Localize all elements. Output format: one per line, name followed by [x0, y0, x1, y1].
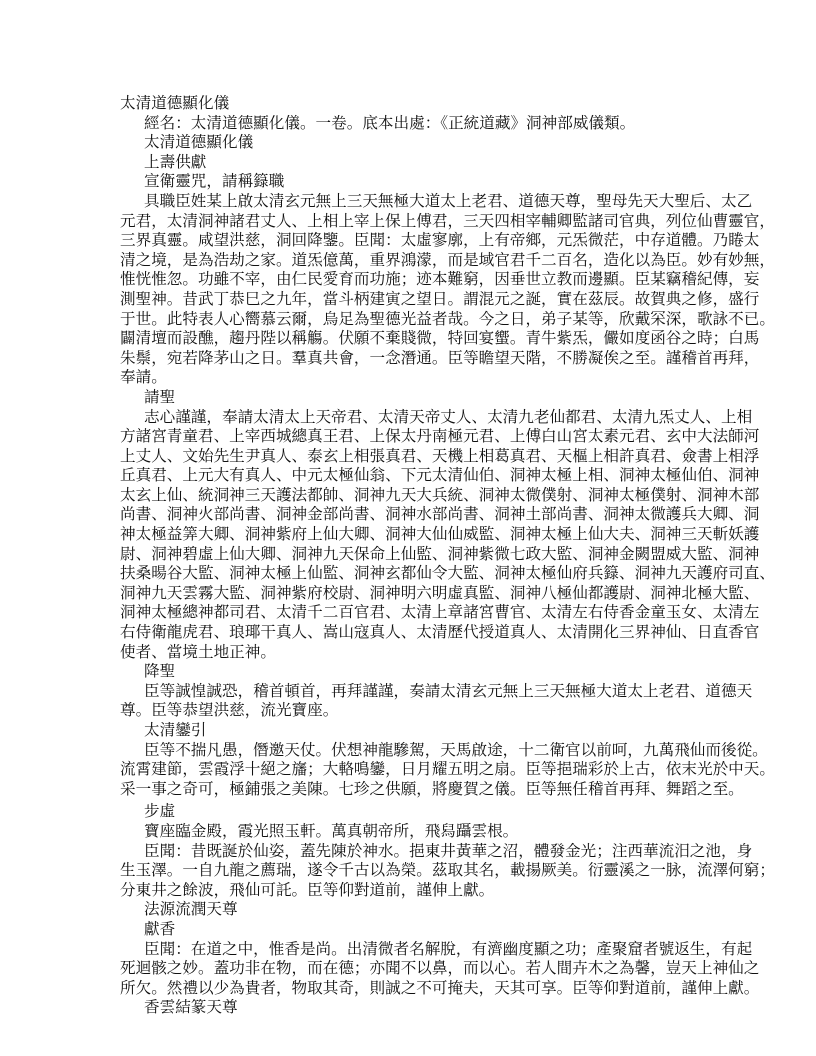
text-line: 測聖神。昔武丁恭巳之九年，當斗柄建寅之望日。謂混元之誕，實在茲辰。故賀典之修，盛… — [120, 290, 700, 310]
text-line: 洞神太極總神都司君、太清千二百官君、太清上章諸宮曹官、太清左右侍香金童玉女、太清… — [120, 603, 700, 623]
section-heading: 香雲結篆天尊 — [120, 998, 700, 1018]
section-subheading: 宣衛靈咒，請稱籙職 — [120, 172, 700, 192]
section-body: 臣等誠惶誠恐，稽首頓首，再拜謹謹，奏請太清玄元無上三天無極大道太上老君、道德天 … — [120, 682, 700, 721]
text-line: 于世。此特表人心嚮慕云爾，烏足為聖德光益者哉。今之日，弟子某等，欣戴罙深，歌詠不… — [120, 310, 700, 330]
text-line: 采一事之奇可，極鋪張之美陳。七珍之供願，將慶賀之儀。臣等無任稽首再拜、舞蹈之至。 — [120, 780, 700, 800]
text-line: 尚書、洞神火部尚書、洞神金部尚書、洞神水部尚書、洞神土部尚書、洞神太微護兵大卿、… — [120, 505, 700, 525]
text-line: 右侍衛龍虎君、琅瑘干真人、嵩山寇真人、太清歷代授道真人、太清開化三界神仙、日直香… — [120, 623, 700, 643]
section-body: 臣聞：在道之中，惟香是尚。出清微者名解脫，有濟幽度顯之功；產聚窟者號返生，有起 … — [120, 940, 700, 999]
section-heading: 太清鑾引 — [120, 721, 700, 741]
text-line: 惟恍惟忽。功雖不宰，由仁民愛育而功施；迹本難窮，因垂世立教而邊顯。臣某竊稽紀傳，… — [120, 270, 700, 290]
verse-line: 寶座臨金殿，霞光照玉軒。萬真朝帝所，飛舄躡雲根。 — [120, 822, 700, 842]
section-heading: 降聖 — [120, 662, 700, 682]
document-title: 太清道德顯化儀 — [120, 94, 700, 114]
text-line: 元君，太清洞神諸君丈人、上相上宰上保上傅君，三天四相宰輔卿監諸司官典，列位仙曹靈… — [120, 212, 700, 232]
text-line: 臣等不揣凡愚，僭邀天仗。伏想神龍驂駕，天馬啟途，十二衛官以前呵，九萬飛仙而後從。 — [120, 741, 700, 761]
section-heading: 法源流潤天尊 — [120, 900, 700, 920]
text-line: 上丈人、文始先生尹真人、泰玄上相張真君、天機上相葛真君、天樞上相許真君、僉書上相… — [120, 447, 700, 467]
section-body: 臣等不揣凡愚，僭邀天仗。伏想神龍驂駕，天馬啟途，十二衛官以前呵，九萬飛仙而後從。… — [120, 741, 700, 800]
text-line: 臣等誠惶誠恐，稽首頓首，再拜謹謹，奏請太清玄元無上三天無極大道太上老君、道德天 — [120, 682, 700, 702]
section-body: 寶座臨金殿，霞光照玉軒。萬真朝帝所，飛舄躡雲根。 臣聞：昔既誕於仙姿，蓋先陳於神… — [120, 822, 700, 900]
section-body: 具職臣姓某上啟太清玄元無上三天無極大道太上老君、道德天尊，聖母先天大聖后、太乙 … — [120, 192, 700, 388]
text-line: 闢清壇而設醮，趨丹陛以稱觴。伏願不棄賤微，特回宴蠁。青牛紫炁，儼如度函谷之時；白… — [120, 329, 700, 349]
text-line: 太玄上仙、統洞神三天護法都帥、洞神九天大兵統、洞神太微僕射、洞神太極僕射、洞神木… — [120, 486, 700, 506]
text-line: 具職臣姓某上啟太清玄元無上三天無極大道太上老君、道德天尊，聖母先天大聖后、太乙 — [120, 192, 700, 212]
text-line: 清之境，是為浩劫之家。道炁億萬，重界鴻濛，而是域官君千二百名，造化以為臣。妙有妙… — [120, 251, 700, 271]
text-line: 臣聞：昔既誕於仙姿，蓋先陳於神水。挹東井黃華之沼，體發金光；注西華流汨之池，身 — [120, 842, 700, 862]
text-line: 死迴骸之妙。蓋功非在物，而在德；亦聞不以鼻，而以心。若人間卉木之為馨，豈天上神仙… — [120, 959, 700, 979]
section-heading: 請聖 — [120, 388, 700, 408]
section-heading: 步虛 — [120, 802, 700, 822]
section-body: 志心謹謹，奉請太清太上天帝君、太清天帝丈人、太清九老仙都君、太清九炁丈人、上相 … — [120, 408, 700, 663]
text-line: 神太極益筭大卿、洞神紫府上仙大卿、洞神大仙仙威監、洞神太極上仙大夫、洞神三天斬妖… — [120, 525, 700, 545]
text-line: 尉、洞神碧虛上仙大卿、洞神九天保命上仙監、洞神紫微七政大監、洞神金闕盟威大監、洞… — [120, 545, 700, 565]
source-meta-line: 經名：太清道德顯化儀。一卷。底本出處：《正統道藏》洞神部威儀類。 — [120, 114, 700, 134]
section-heading: 獻香 — [120, 920, 700, 940]
text-line: 扶桑暘谷大監、洞神太極上仙監、洞神玄都仙令大監、洞神太極仙府兵籙、洞神九天護府司… — [120, 564, 700, 584]
text-line: 使者、當境土地正神。 — [120, 643, 700, 663]
text-line: 朱鬃，宛若降茅山之日。羣真共會，一念潛通。臣等瞻望天階，不勝凝俟之至。謹稽首再拜… — [120, 349, 700, 369]
text-line: 臣聞：在道之中，惟香是尚。出清微者名解脫，有濟幽度顯之功；產聚窟者號返生，有起 — [120, 940, 700, 960]
text-line: 流霄建節，雲霞浮十絕之旛；大輅鳴鑾，日月耀五明之扇。臣等挹瑞彩於上古，依末光於中… — [120, 760, 700, 780]
text-line: 三界真靈。咸望洪慈，洞回降鑒。臣聞：太虛寥廓，上有帝鄉，元炁微茫，中存道體。乃睠… — [120, 231, 700, 251]
text-line: 尊。臣等恭望洪慈，流光寶座。 — [120, 701, 700, 721]
text-line: 丘真君、上元大有真人、中元太極仙翁、下元太清仙伯、洞神太極上相、洞神太極仙伯、洞… — [120, 466, 700, 486]
section-heading: 上壽供獻 — [120, 153, 700, 173]
document-page: 太清道德顯化儀 經名：太清道德顯化儀。一卷。底本出處：《正統道藏》洞神部威儀類。… — [120, 94, 700, 1018]
text-line: 奉請。 — [120, 368, 700, 388]
text-line: 方諸宮青童君、上宰西城總真王君、上保太丹南極元君、上傅白山宮太素元君、玄中大法師… — [120, 427, 700, 447]
text-line: 洞神九天雲霧大監、洞神紫府校尉、洞神明六明虛真監、洞神八極仙都護尉、洞神北極大監… — [120, 584, 700, 604]
text-line: 生玉澤。一自九龍之薦瑞，遂令千古以為榮。茲取其名，載揚厥美。衍靈溪之一脉，流澤何… — [120, 861, 700, 881]
text-line: 志心謹謹，奉請太清太上天帝君、太清天帝丈人、太清九老仙都君、太清九炁丈人、上相 — [120, 408, 700, 428]
text-line: 分東井之餘波，飛仙可託。臣等仰對道前，謹伸上獻。 — [120, 881, 700, 901]
text-line: 所欠。然禮以少為貴者，物取其奇，則誠之不可掩夫，天其可享。臣等仰對道前，謹伸上獻… — [120, 979, 700, 999]
document-subtitle: 太清道德顯化儀 — [120, 133, 700, 153]
